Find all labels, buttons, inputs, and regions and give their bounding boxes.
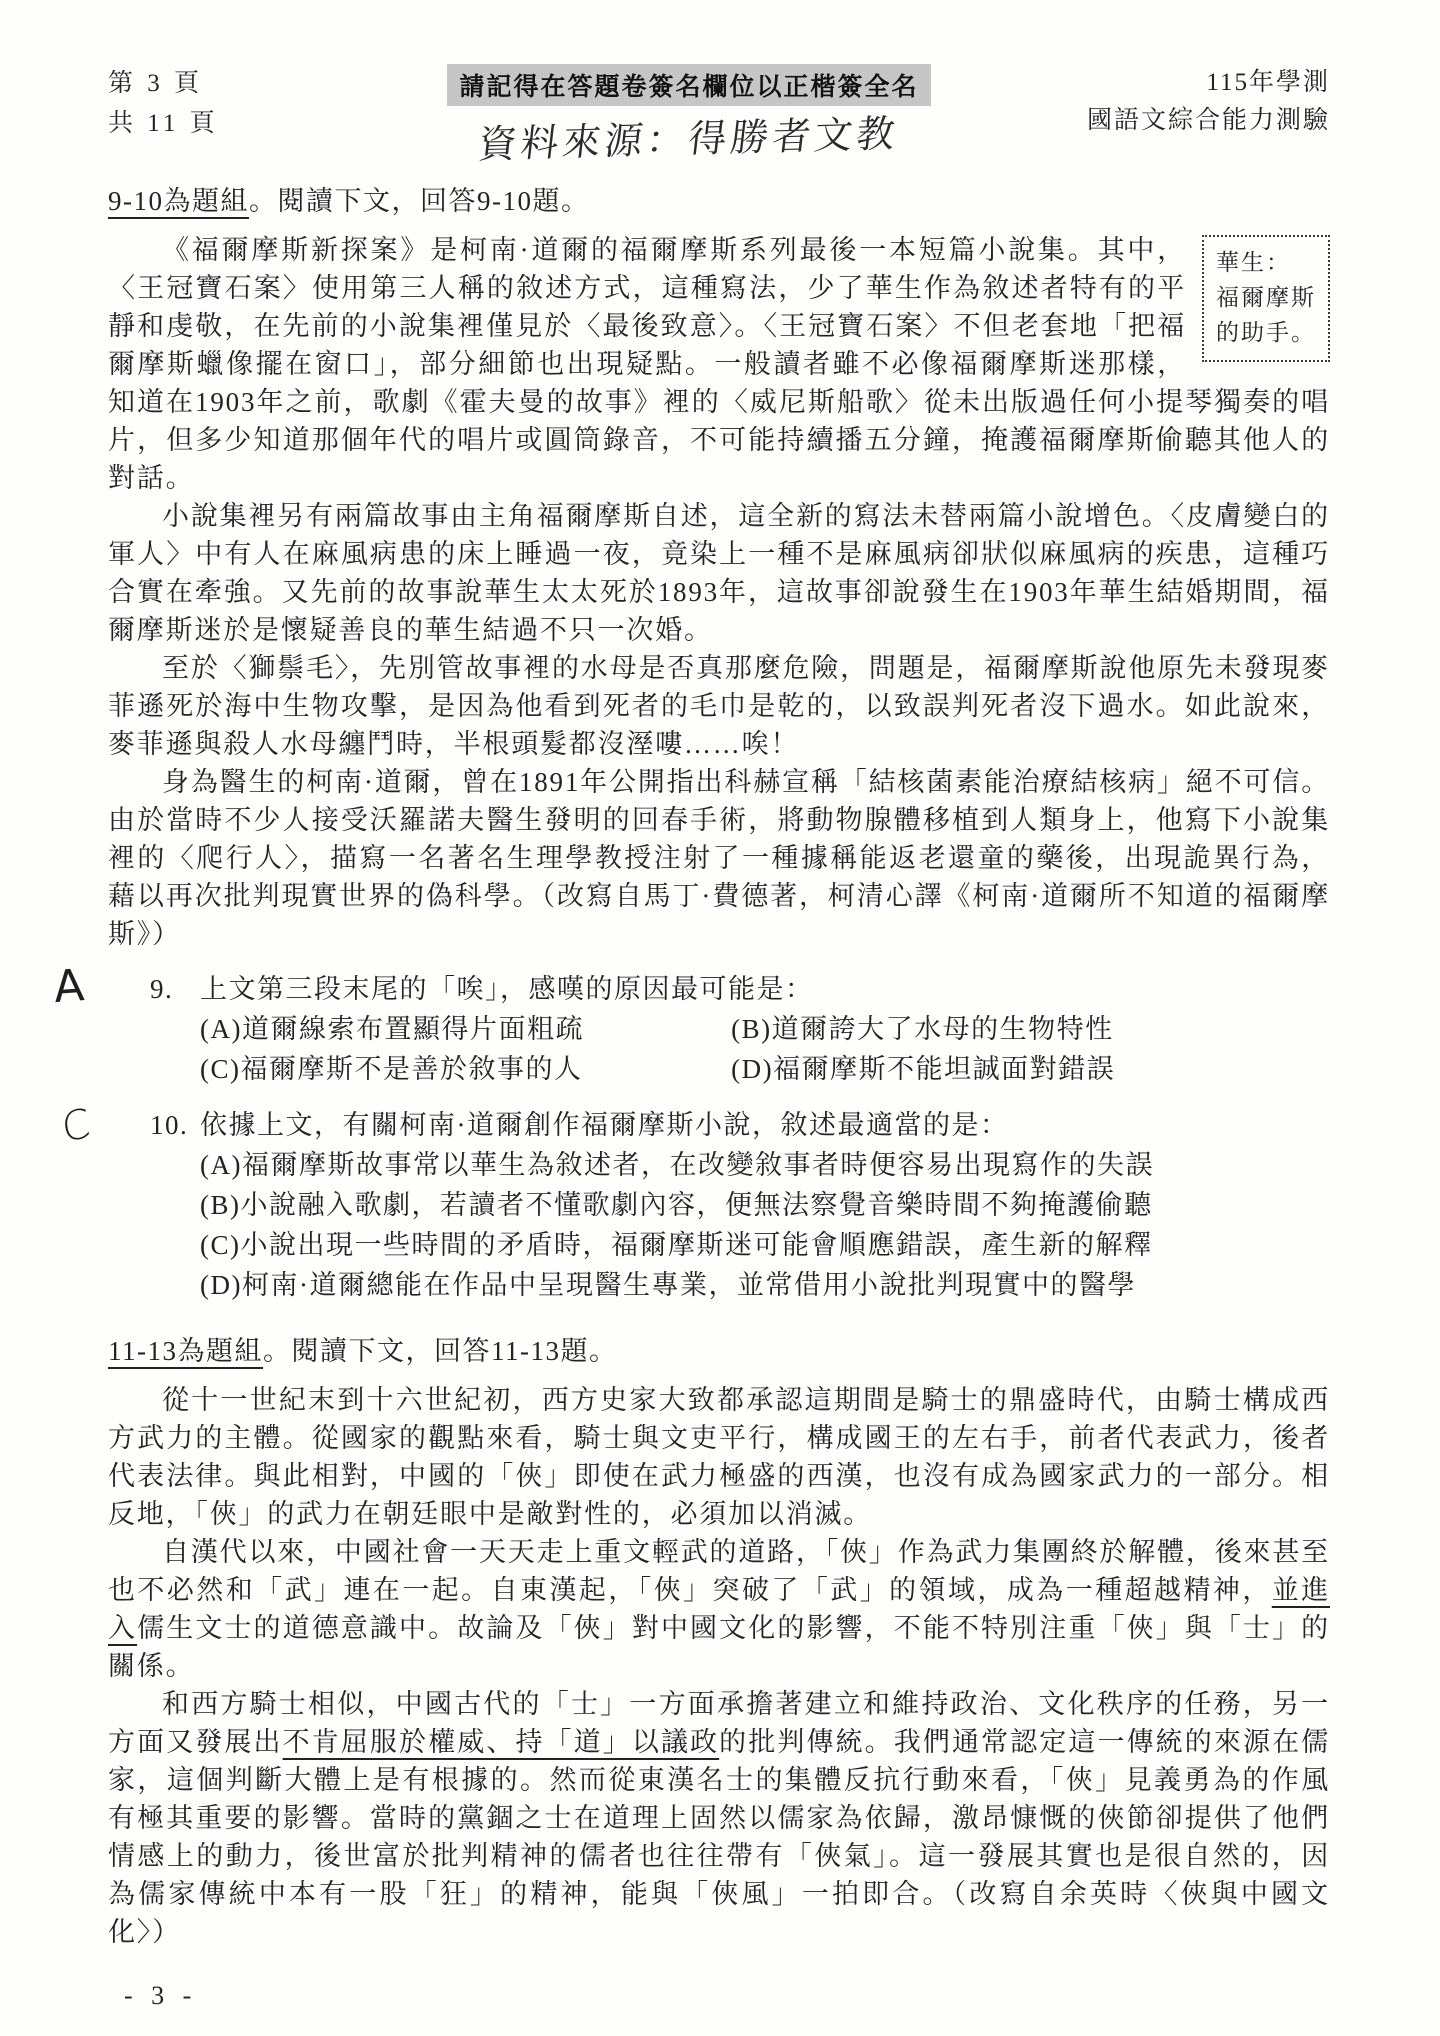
passage-2: 從十一世紀末到十六世紀初，西方史家大致都承認這期間是騎士的鼎盛時代，由騎士構成西… — [108, 1381, 1330, 1951]
question-10-option-b: (B)小說融入歌劇，若讀者不懂歌劇內容，便無法察覺音樂時間不夠掩護偷聽 — [200, 1185, 1330, 1225]
question-10-option-a: (A)福爾摩斯故事常以華生為敘述者，在改變敘事者時便容易出現寫作的失誤 — [200, 1145, 1330, 1185]
question-9-number: 9. — [150, 969, 200, 1009]
question-9-option-c: (C)福爾摩斯不是善於敘事的人 — [200, 1049, 731, 1089]
page-header: 第 3 頁 共 11 頁 請記得在答題卷簽名欄位以正楷簽全名 資料來源：得勝者文… — [108, 64, 1330, 163]
page-count-label: 第 3 頁 共 11 頁 — [108, 64, 348, 144]
p3-underlined-text: 不肯屈服於權威、持「道」以議政 — [283, 1727, 720, 1757]
group2-heading-range: 11-13為題組 — [108, 1336, 263, 1366]
question-9-option-a: (A)道爾線索布置顯得片面粗疏 — [200, 1009, 731, 1049]
handwritten-source-note: 資料來源：得勝者文教 — [345, 99, 1033, 172]
question-9-stem-line: 9.上文第三段末尾的「唉」，感嘆的原因最可能是： — [150, 969, 1330, 1009]
question-9-option-d: (D)福爾摩斯不能坦誠面對錯誤 — [731, 1049, 1330, 1089]
passage-2-paragraph-3: 和西方騎士相似，中國古代的「士」一方面承擔著建立和維持政治、文化秩序的任務，另一… — [108, 1685, 1330, 1951]
passage-2-paragraph-2: 自漢代以來，中國社會一天天走上重文輕武的道路，「俠」作為武力集團終於解體，後來甚… — [108, 1533, 1330, 1685]
question-10-option-d: (D)柯南·道爾總能在作品中呈現醫生專業，並常借用小說批判現實中的醫學 — [200, 1265, 1330, 1305]
handwritten-answer-q9: A — [52, 960, 87, 1013]
group1-heading-rest: 。閱讀下文，回答9-10題。 — [249, 186, 590, 216]
question-10-number: 10. — [150, 1105, 200, 1145]
question-10-stem-line: 10.依據上文，有關柯南·道爾創作福爾摩斯小說，敘述最適當的是： — [150, 1105, 1330, 1145]
group2-heading-rest: 。閱讀下文，回答11-13題。 — [263, 1336, 618, 1366]
passage-2-paragraph-1: 從十一世紀末到十六世紀初，西方史家大致都承認這期間是騎士的鼎盛時代，由騎士構成西… — [108, 1381, 1330, 1533]
question-10: C 10.依據上文，有關柯南·道爾創作福爾摩斯小說，敘述最適當的是： (A)福爾… — [150, 1105, 1330, 1305]
page-footer-number: - 3 - — [108, 1981, 1330, 2011]
passage-1-paragraph-4: 身為醫生的柯南·道爾，曾在1891年公開指出科赫宣稱「結核菌素能治療結核病」絕不… — [108, 763, 1330, 953]
page-number-label: 第 3 頁 — [108, 64, 348, 104]
question-10-stem: 依據上文，有關柯南·道爾創作福爾摩斯小說，敘述最適當的是： — [200, 1110, 1009, 1140]
exam-title: 115年學測 國語文綜合能力測驗 — [1030, 64, 1330, 140]
watson-note-box: 華生： 福爾摩斯 的助手。 — [1202, 235, 1330, 362]
passage-1-paragraph-2: 小說集裡另有兩篇故事由主角福爾摩斯自述，這全新的寫法未替兩篇小說增色。〈皮膚變白… — [108, 497, 1330, 649]
total-pages-label: 共 11 頁 — [108, 104, 348, 144]
question-10-option-c: (C)小說出現一些時間的矛盾時，福爾摩斯迷可能會順應錯誤，產生新的解釋 — [200, 1225, 1330, 1265]
p2-text: 自漢代以來，中國社會一天天走上重文輕武的道路，「俠」作為武力集團終於解體，後來甚… — [108, 1537, 1330, 1605]
exam-page: 第 3 頁 共 11 頁 請記得在答題卷簽名欄位以正楷簽全名 資料來源：得勝者文… — [0, 0, 1440, 2036]
p3-text: 的批判傳統。我們通常認定這一傳統的來源在儒家，這個判斷大體上是有根據的。然而從東… — [108, 1727, 1330, 1947]
exam-name-label: 國語文綜合能力測驗 — [1030, 102, 1330, 140]
exam-year-label: 115年學測 — [1030, 64, 1330, 102]
header-center: 請記得在答題卷簽名欄位以正楷簽全名 資料來源：得勝者文教 — [348, 64, 1030, 163]
group1-heading-range: 9-10為題組 — [108, 186, 249, 216]
question-9-stem: 上文第三段末尾的「唉」，感嘆的原因最可能是： — [200, 974, 814, 1004]
signature-notice: 請記得在答題卷簽名欄位以正楷簽全名 — [447, 64, 930, 106]
question-9-options: (A)道爾線索布置顯得片面粗疏 (B)道爾誇大了水母的生物特性 (C)福爾摩斯不… — [200, 1009, 1330, 1089]
question-9: A 9.上文第三段末尾的「唉」，感嘆的原因最可能是： (A)道爾線索布置顯得片面… — [150, 969, 1330, 1089]
group2-heading: 11-13為題組。閱讀下文，回答11-13題。 — [108, 1331, 1330, 1371]
question-10-options: (A)福爾摩斯故事常以華生為敘述者，在改變敘事者時便容易出現寫作的失誤 (B)小… — [200, 1145, 1330, 1305]
note-line: 的助手。 — [1216, 315, 1316, 350]
passage-1: 華生： 福爾摩斯 的助手。 《福爾摩斯新探案》是柯南·道爾的福爾摩斯系列最後一本… — [108, 231, 1330, 953]
note-line: 華生： — [1216, 245, 1316, 280]
handwritten-answer-q10: C — [59, 1100, 94, 1153]
passage-1-paragraph-3: 至於〈獅鬃毛〉，先別管故事裡的水母是否真那麼危險，問題是，福爾摩斯說他原先未發現… — [108, 649, 1330, 763]
passage-1-paragraph-1: 《福爾摩斯新探案》是柯南·道爾的福爾摩斯系列最後一本短篇小說集。其中，〈王冠寶石… — [108, 231, 1330, 497]
note-line: 福爾摩斯 — [1216, 280, 1316, 315]
p2-text: 儒生文士的道德意識中。故論及「俠」對中國文化的影響，不能不特別注重「俠」與「士」… — [108, 1613, 1330, 1681]
question-9-option-b: (B)道爾誇大了水母的生物特性 — [731, 1009, 1330, 1049]
group1-heading: 9-10為題組。閱讀下文，回答9-10題。 — [108, 181, 1330, 221]
